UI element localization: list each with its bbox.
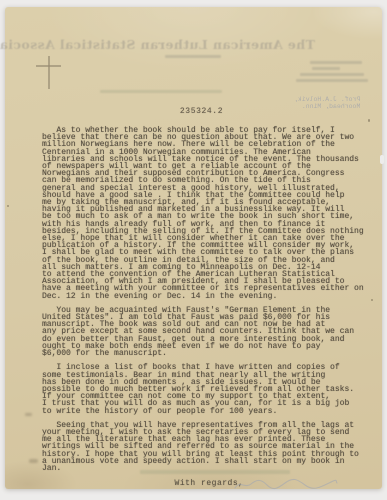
paper-smudge [25, 413, 32, 416]
torn-edge-notch [380, 155, 384, 164]
bleedthrough-address-bar [296, 79, 368, 82]
bleedthrough-subtitle-bar [165, 55, 221, 58]
bleedthrough-address-bar [312, 67, 340, 70]
bleedthrough-date-bar [100, 90, 222, 93]
paragraph-2: You may be acquainted with Faust's "Germ… [42, 307, 376, 357]
signature [233, 475, 339, 493]
reference-number: 235324.2 [5, 107, 382, 116]
paragraph-3: I inclose a list of books that I have wr… [42, 364, 376, 414]
letter-body: As to whether the book should be able to… [42, 127, 376, 488]
letter-page: The American Lutheran Statistical Associ… [5, 7, 382, 489]
bleedthrough-recipient-name: Prof. J.A.Holvik, [294, 96, 360, 103]
cross-horizontal [36, 65, 61, 67]
bleedthrough-address-bar [310, 61, 362, 64]
paper-smudge [29, 459, 38, 463]
bleedthrough-letterhead: The American Lutheran Statistical Associ… [53, 37, 315, 52]
paragraph-1: As to whether the book should be able to… [42, 127, 376, 300]
paper-speck [368, 119, 370, 122]
paper-speck [7, 205, 9, 207]
paper-speck [371, 299, 373, 301]
paragraph-4: Seeing that you will have representative… [42, 422, 376, 472]
bleedthrough-address-bar [300, 73, 364, 76]
cross-vertical [48, 56, 50, 89]
scan-background: The American Lutheran Statistical Associ… [0, 0, 387, 500]
